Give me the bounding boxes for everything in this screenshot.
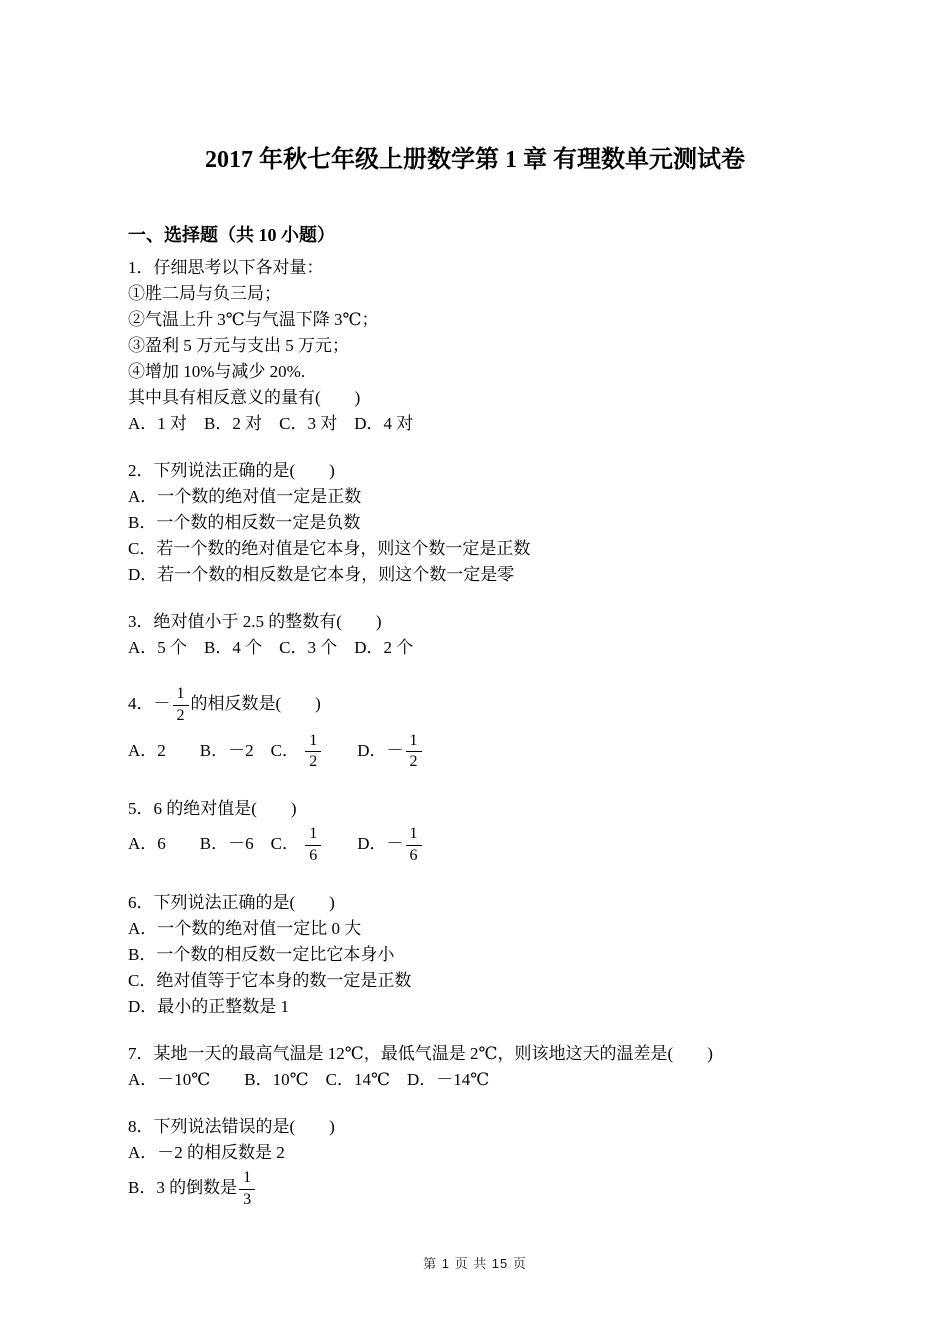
fraction: 16 [305, 824, 321, 867]
question-8-line-3: B．3 的倒数是13 [128, 1166, 890, 1213]
document-page: 2017 年秋七年级上册数学第 1 章 有理数单元测试卷 一、选择题（共 10 … [0, 0, 950, 1344]
question-1-line-7: A．1 对 B．2 对 C．3 对 D．4 对 [128, 411, 890, 437]
question-1-line-5: ④增加 10%与减少 20%. [128, 359, 890, 385]
question-6-line-1: 6．下列说法正确的是( ) [128, 890, 890, 916]
text-segment: 7．某地一天的最高气温是 12℃，最低气温是 2℃，则该地这天的温差是( ) [128, 1044, 713, 1063]
question-2-line-4: C．若一个数的绝对值是它本身，则这个数一定是正数 [128, 536, 890, 562]
fraction: 12 [173, 684, 189, 727]
text-segment: A．6 B．－6 C． [128, 834, 303, 853]
question-8-line-2: A．－2 的相反数是 2 [128, 1140, 890, 1166]
fraction-numerator: 1 [173, 684, 189, 705]
question-2-line-1: 2．下列说法正确的是( ) [128, 458, 890, 484]
text-segment: D．若一个数的相反数是它本身，则这个数一定是零 [128, 565, 514, 584]
text-segment: A．－2 的相反数是 2 [128, 1143, 285, 1162]
question-3-line-1: 3．绝对值小于 2.5 的整数有( ) [128, 609, 890, 635]
question-2: 2．下列说法正确的是( )A．一个数的绝对值一定是正数B．一个数的相反数一定是负… [128, 458, 890, 588]
question-8: 8．下列说法错误的是( )A．－2 的相反数是 2B．3 的倒数是13 [128, 1114, 890, 1213]
text-segment: 1．仔细思考以下各对量： [128, 258, 324, 277]
text-segment: C．绝对值等于它本身的数一定是正数 [128, 971, 411, 990]
document-title: 2017 年秋七年级上册数学第 1 章 有理数单元测试卷 [128, 143, 822, 177]
question-4-line-2: A．2 B．－2 C． 12 D．－12 [128, 729, 890, 776]
question-6-line-3: B．一个数的相反数一定比它本身小 [128, 942, 890, 968]
fraction: 12 [305, 731, 321, 774]
text-segment: D．－ [323, 834, 403, 853]
question-5-line-2: A．6 B．－6 C． 16 D．－16 [128, 822, 890, 869]
text-segment: A．－10℃ B．10℃ C．14℃ D．－14℃ [128, 1070, 489, 1089]
text-segment: 6．下列说法正确的是( ) [128, 893, 335, 912]
text-segment: ②气温上升 3℃与气温下降 3℃； [128, 310, 379, 329]
text-segment: A．一个数的绝对值一定是正数 [128, 487, 361, 506]
question-2-line-2: A．一个数的绝对值一定是正数 [128, 484, 890, 510]
text-segment: B．一个数的相反数一定比它本身小 [128, 945, 394, 964]
fraction-denominator: 2 [173, 705, 189, 727]
question-6-line-2: A．一个数的绝对值一定比 0 大 [128, 916, 890, 942]
fraction-numerator: 1 [406, 731, 422, 752]
fraction-numerator: 1 [239, 1168, 255, 1189]
text-segment: 8．下列说法错误的是( ) [128, 1117, 335, 1136]
text-segment: ③盈利 5 万元与支出 5 万元； [128, 336, 349, 355]
text-segment: 的相反数是( ) [191, 694, 321, 713]
fraction: 12 [406, 731, 422, 774]
text-segment: B．3 的倒数是 [128, 1178, 237, 1197]
fraction-denominator: 6 [305, 845, 321, 867]
question-4-line-1: 4．－12的相反数是( ) [128, 682, 890, 729]
questions-container: 1．仔细思考以下各对量：①胜二局与负三局；②气温上升 3℃与气温下降 3℃；③盈… [128, 255, 890, 1212]
question-1-line-2: ①胜二局与负三局； [128, 281, 890, 307]
text-segment: 5．6 的绝对值是( ) [128, 799, 297, 818]
text-segment: D．－ [323, 741, 403, 760]
text-segment: D．最小的正整数是 1 [128, 997, 289, 1016]
question-3-line-2: A．5 个 B．4 个 C．3 个 D．2 个 [128, 635, 890, 661]
text-segment: ①胜二局与负三局； [128, 284, 281, 303]
question-1-line-4: ③盈利 5 万元与支出 5 万元； [128, 333, 890, 359]
question-1: 1．仔细思考以下各对量：①胜二局与负三局；②气温上升 3℃与气温下降 3℃；③盈… [128, 255, 890, 437]
fraction-denominator: 3 [239, 1189, 255, 1211]
question-1-line-6: 其中具有相反意义的量有( ) [128, 385, 890, 411]
section-heading: 一、选择题（共 10 小题） [128, 221, 890, 249]
question-3: 3．绝对值小于 2.5 的整数有( )A．5 个 B．4 个 C．3 个 D．2… [128, 609, 890, 661]
fraction-numerator: 1 [305, 731, 321, 752]
text-segment: A．2 B．－2 C． [128, 741, 303, 760]
question-6-line-5: D．最小的正整数是 1 [128, 994, 890, 1020]
text-segment: 3．绝对值小于 2.5 的整数有( ) [128, 612, 382, 631]
question-7: 7．某地一天的最高气温是 12℃，最低气温是 2℃，则该地这天的温差是( )A．… [128, 1041, 890, 1093]
fraction-denominator: 2 [305, 751, 321, 773]
question-1-line-3: ②气温上升 3℃与气温下降 3℃； [128, 307, 890, 333]
text-segment: B．一个数的相反数一定是负数 [128, 513, 360, 532]
question-8-line-1: 8．下列说法错误的是( ) [128, 1114, 890, 1140]
question-5: 5．6 的绝对值是( )A．6 B．－6 C． 16 D．－16 [128, 796, 890, 869]
question-5-line-1: 5．6 的绝对值是( ) [128, 796, 890, 822]
fraction-denominator: 6 [406, 845, 422, 867]
text-segment: 其中具有相反意义的量有( ) [128, 388, 360, 407]
question-7-line-1: 7．某地一天的最高气温是 12℃，最低气温是 2℃，则该地这天的温差是( ) [128, 1041, 890, 1067]
text-segment: 2．下列说法正确的是( ) [128, 461, 335, 480]
fraction: 16 [406, 824, 422, 867]
page-footer: 第 1 页 共 15 页 [0, 1253, 950, 1272]
text-segment: C．若一个数的绝对值是它本身，则这个数一定是正数 [128, 539, 530, 558]
text-segment: 4．－ [128, 694, 171, 713]
question-2-line-5: D．若一个数的相反数是它本身，则这个数一定是零 [128, 562, 890, 588]
fraction-numerator: 1 [305, 824, 321, 845]
text-segment: A．一个数的绝对值一定比 0 大 [128, 919, 361, 938]
text-segment: A．1 对 B．2 对 C．3 对 D．4 对 [128, 414, 413, 433]
question-4: 4．－12的相反数是( )A．2 B．－2 C． 12 D．－12 [128, 682, 890, 775]
question-7-line-2: A．－10℃ B．10℃ C．14℃ D．－14℃ [128, 1067, 890, 1093]
fraction-numerator: 1 [406, 824, 422, 845]
question-6: 6．下列说法正确的是( )A．一个数的绝对值一定比 0 大B．一个数的相反数一定… [128, 890, 890, 1020]
text-segment: A．5 个 B．4 个 C．3 个 D．2 个 [128, 638, 413, 657]
fraction-denominator: 2 [406, 751, 422, 773]
question-6-line-4: C．绝对值等于它本身的数一定是正数 [128, 968, 890, 994]
text-segment: ④增加 10%与减少 20%. [128, 362, 305, 381]
question-2-line-3: B．一个数的相反数一定是负数 [128, 510, 890, 536]
fraction: 13 [239, 1168, 255, 1211]
question-1-line-1: 1．仔细思考以下各对量： [128, 255, 890, 281]
